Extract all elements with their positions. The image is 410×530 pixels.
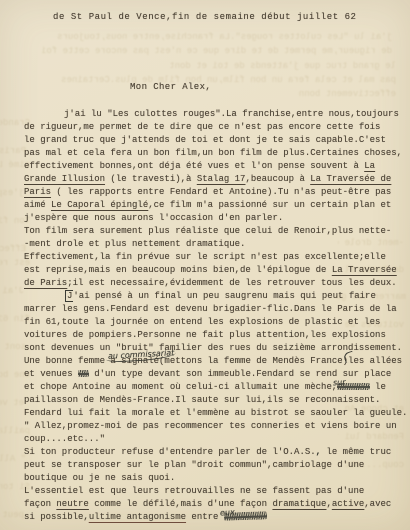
- letter-line: J'ai pensé à un final un peu saugrenu ma…: [24, 290, 404, 303]
- bleedthrough-line: le grand truc que j'attends de toi et do…: [168, 61, 396, 72]
- typed-text: boutique ou je ne sais quoi.: [24, 473, 175, 483]
- typed-text: paillasson de Mendès-France.Il saute sur…: [24, 395, 380, 405]
- salutation: Mon Cher Alex,: [130, 82, 211, 92]
- letter-line: Si ton producteur refuse d'entendre parl…: [24, 446, 404, 459]
- typed-text: Grande Illusion: [24, 174, 105, 184]
- letter-line: j'ai lu "Les culottes rouges".La franchi…: [24, 108, 404, 121]
- letter-page: j'ai lu "Les culottes rouges".La franchi…: [0, 0, 410, 530]
- bleedthrough-line: sont devenues un "bruit" familier des ru…: [0, 342, 26, 353]
- letter-line: -ment drole et plus nettement dramatique…: [24, 238, 404, 251]
- typed-text: marrer les gens.Fendard est devenu briga…: [24, 304, 397, 314]
- letter-line: fin 61,toute la journée on entend les ex…: [24, 316, 404, 329]
- pen-annotation: sur: [333, 378, 346, 388]
- letter-line: aimé Le Caporal épinglé,ce film m'a pass…: [24, 199, 404, 212]
- letter-line: voitures de pompiers.Personne ne fait pl…: [24, 329, 404, 342]
- typed-text: Fendard lui fait la morale et l'emmène a…: [24, 408, 407, 418]
- letter-line: effectivement bonnes,ont déja été vues e…: [24, 160, 404, 173]
- pen-insertion: au commissariat: [106, 348, 177, 363]
- letter-line: et chope Antoine au moment où celui-ci a…: [24, 381, 404, 394]
- typed-text: de rigueur,me permet de te dire que ce n…: [24, 122, 380, 132]
- bleedthrough-line: et venues d'un type devant son immeuble.…: [0, 398, 24, 409]
- typed-text: Effectivement,la fin prévue sur le scrip…: [24, 252, 386, 262]
- letter-line: " Allez,promez-moi de pas recommencer te…: [24, 420, 404, 433]
- typed-text: d'un type devant son immeuble.Fendard se…: [89, 369, 391, 379]
- typed-text: (le travesti),à: [105, 174, 197, 184]
- typed-text: ,avec: [364, 499, 391, 509]
- typed-text: sont devenues un "bruit" familier des ru…: [24, 343, 402, 353]
- typed-text: Une bonne femme: [24, 356, 110, 366]
- typed-text: ultime antagonisme: [89, 512, 186, 522]
- letter-line: de Paris;il est necessaire,évidemment de…: [24, 277, 404, 290]
- letter-line: j'espère que nous aurons l'occasion d'en…: [24, 212, 404, 225]
- typed-text: voitures de pompiers.Personne ne fait pl…: [24, 330, 386, 340]
- bleedthrough-line: pas mal et cela fera un bon film,un bon …: [60, 75, 396, 86]
- letter-line: pas mal et cela fera un bon film,un bon …: [24, 147, 404, 160]
- letter-line: Paris ( les rapports entre Fendard et An…: [24, 186, 404, 199]
- typed-text: les allées: [348, 355, 402, 368]
- typed-text: La: [364, 161, 375, 171]
- pen-scribble: sur: [337, 381, 369, 394]
- typed-text: et chope Antoine au moment où celui-ci a…: [24, 382, 337, 392]
- typed-text: la femme de Mendès France): [202, 356, 348, 366]
- bleedthrough-line: Effectivement,la fin prévue sur le scrip…: [0, 244, 26, 255]
- letter-line: marrer les gens.Fendard est devenu briga…: [24, 303, 404, 316]
- letter-body: j'ai lu "Les culottes rouges".La franchi…: [24, 108, 404, 524]
- typed-text: effectivement bonnes,ont déja été vues e…: [24, 161, 364, 171]
- typed-text: La Traversée de: [310, 174, 391, 184]
- typed-text: Stalag 17: [197, 174, 246, 184]
- bleedthrough-line: Paris ( les rapports entre Fendard et An…: [0, 146, 26, 157]
- typed-text: a signalé(mettonsau commissariat: [110, 355, 202, 368]
- typed-text: de Paris: [24, 278, 67, 288]
- typed-text: La Traversée: [332, 265, 397, 275]
- typed-text: aimé: [24, 200, 51, 210]
- letter-line: Ton film sera surement plus réaliste que…: [24, 225, 404, 238]
- typed-text: " Allez,promez-moi de pas recommencer te…: [24, 421, 397, 431]
- bleedthrough-line: peut se transposer sur le plan "droit co…: [0, 510, 24, 521]
- typed-text: ( les rapports entre Fendard et Antoine)…: [51, 187, 391, 197]
- typed-text: Ton film sera surement plus réaliste que…: [24, 226, 391, 236]
- letter-line: Grande Illusion (le travesti),à Stalag 1…: [24, 173, 404, 186]
- typed-text: j'ai lu "Les culottes rouges".La franchi…: [64, 109, 399, 119]
- bleedthrough-line: j'ai lu "Les culottes rouges".La franchi…: [42, 32, 392, 43]
- typed-text: pas mal et cela fera un bon film,un bon …: [24, 148, 402, 158]
- typed-text: ,ce film m'a passionné sur un certain pl…: [148, 200, 391, 210]
- pen-scribble: [78, 368, 89, 381]
- letter-line: L'essentiel est que leurs retrouvailles …: [24, 485, 404, 498]
- typed-text: 'ai pensé à un final un peu saugrenu mai…: [73, 291, 375, 301]
- letter-line: paillasson de Mendès-France.Il saute sur…: [24, 394, 404, 407]
- letter-line: le grand truc que j'attends de toi et do…: [24, 134, 404, 147]
- typed-text: entre: [186, 512, 224, 522]
- typed-text: le: [370, 382, 386, 392]
- typed-text: -ment drole et plus nettement dramatique…: [24, 239, 245, 249]
- letter-line: et venues d'un type devant son immeuble.…: [24, 368, 404, 381]
- typed-text: et venues: [24, 369, 78, 379]
- typed-text: Paris: [24, 187, 51, 197]
- typed-text: j'espère que nous aurons l'occasion d'en…: [24, 213, 283, 223]
- letter-line: est reprise,mais en beaucoup moins bien,…: [24, 264, 404, 277]
- typed-text: façon: [24, 499, 56, 509]
- typed-text: comme le défilé,mais d'une façon: [89, 499, 273, 509]
- pen-scribble: eux.: [224, 511, 267, 524]
- typed-text: active: [332, 499, 364, 509]
- letter-line: Fendard lui fait la morale et l'emmène a…: [24, 407, 404, 420]
- bleedthrough-line: de rigueur,me permet de te dire que ce n…: [42, 46, 392, 57]
- typed-text: peut se transposer sur le plan "droit co…: [24, 460, 364, 470]
- pen-annotation: eux.: [220, 508, 238, 518]
- typed-text: fin 61,toute la journée on entend les ex…: [24, 317, 380, 327]
- typed-text: Le Caporal épinglé: [51, 200, 148, 210]
- bleedthrough-line: " Allez,promez-moi de pas recommencer te…: [0, 454, 26, 465]
- letter-line: peut se transposer sur le plan "droit co…: [24, 459, 404, 472]
- letter-line: Effectivement,la fin prévue sur le scrip…: [24, 251, 404, 264]
- typed-text: ;il est necessaire,évidemment de les ret…: [67, 278, 396, 288]
- typed-text: dramatique: [272, 499, 326, 509]
- typed-text: est reprise,mais en beaucoup moins bien,…: [24, 265, 332, 275]
- typed-text: le grand truc que j'attends de toi et do…: [24, 135, 386, 145]
- bleedthrough-line: effectivement bonnes,ont déja été vues e…: [298, 89, 396, 100]
- bleedthrough-line: j'espère que nous aurons l'occasion d'en…: [0, 188, 24, 199]
- typed-text: ,beaucoup à: [245, 174, 310, 184]
- typed-text: coup....etc...": [24, 434, 105, 444]
- letter-line: si possible,ultime antagonisme entre eux…: [24, 511, 404, 524]
- letter-line: Une bonne femme a signalé(mettonsau comm…: [24, 355, 404, 368]
- typed-text: si possible,: [24, 512, 89, 522]
- dateline: de St Paul de Vence,fin de semaine début…: [53, 12, 357, 22]
- typed-text: L'essentiel est que leurs retrouvailles …: [24, 486, 364, 496]
- bleedthrough-line: J'ai pensé à un final un peu saugrenu ma…: [0, 286, 24, 297]
- typed-text: le même truc: [321, 447, 391, 457]
- typed-text: Si ton producteur refuse d'entendre parl…: [24, 447, 316, 457]
- letter-line: façon neutre comme le défilé,mais d'une …: [24, 498, 404, 511]
- letter-line: coup....etc...": [24, 433, 404, 446]
- letter-line: boutique ou je ne sais quoi.: [24, 472, 404, 485]
- typed-text: neutre: [56, 499, 88, 509]
- letter-line: de rigueur,me permet de te dire que ce n…: [24, 121, 404, 134]
